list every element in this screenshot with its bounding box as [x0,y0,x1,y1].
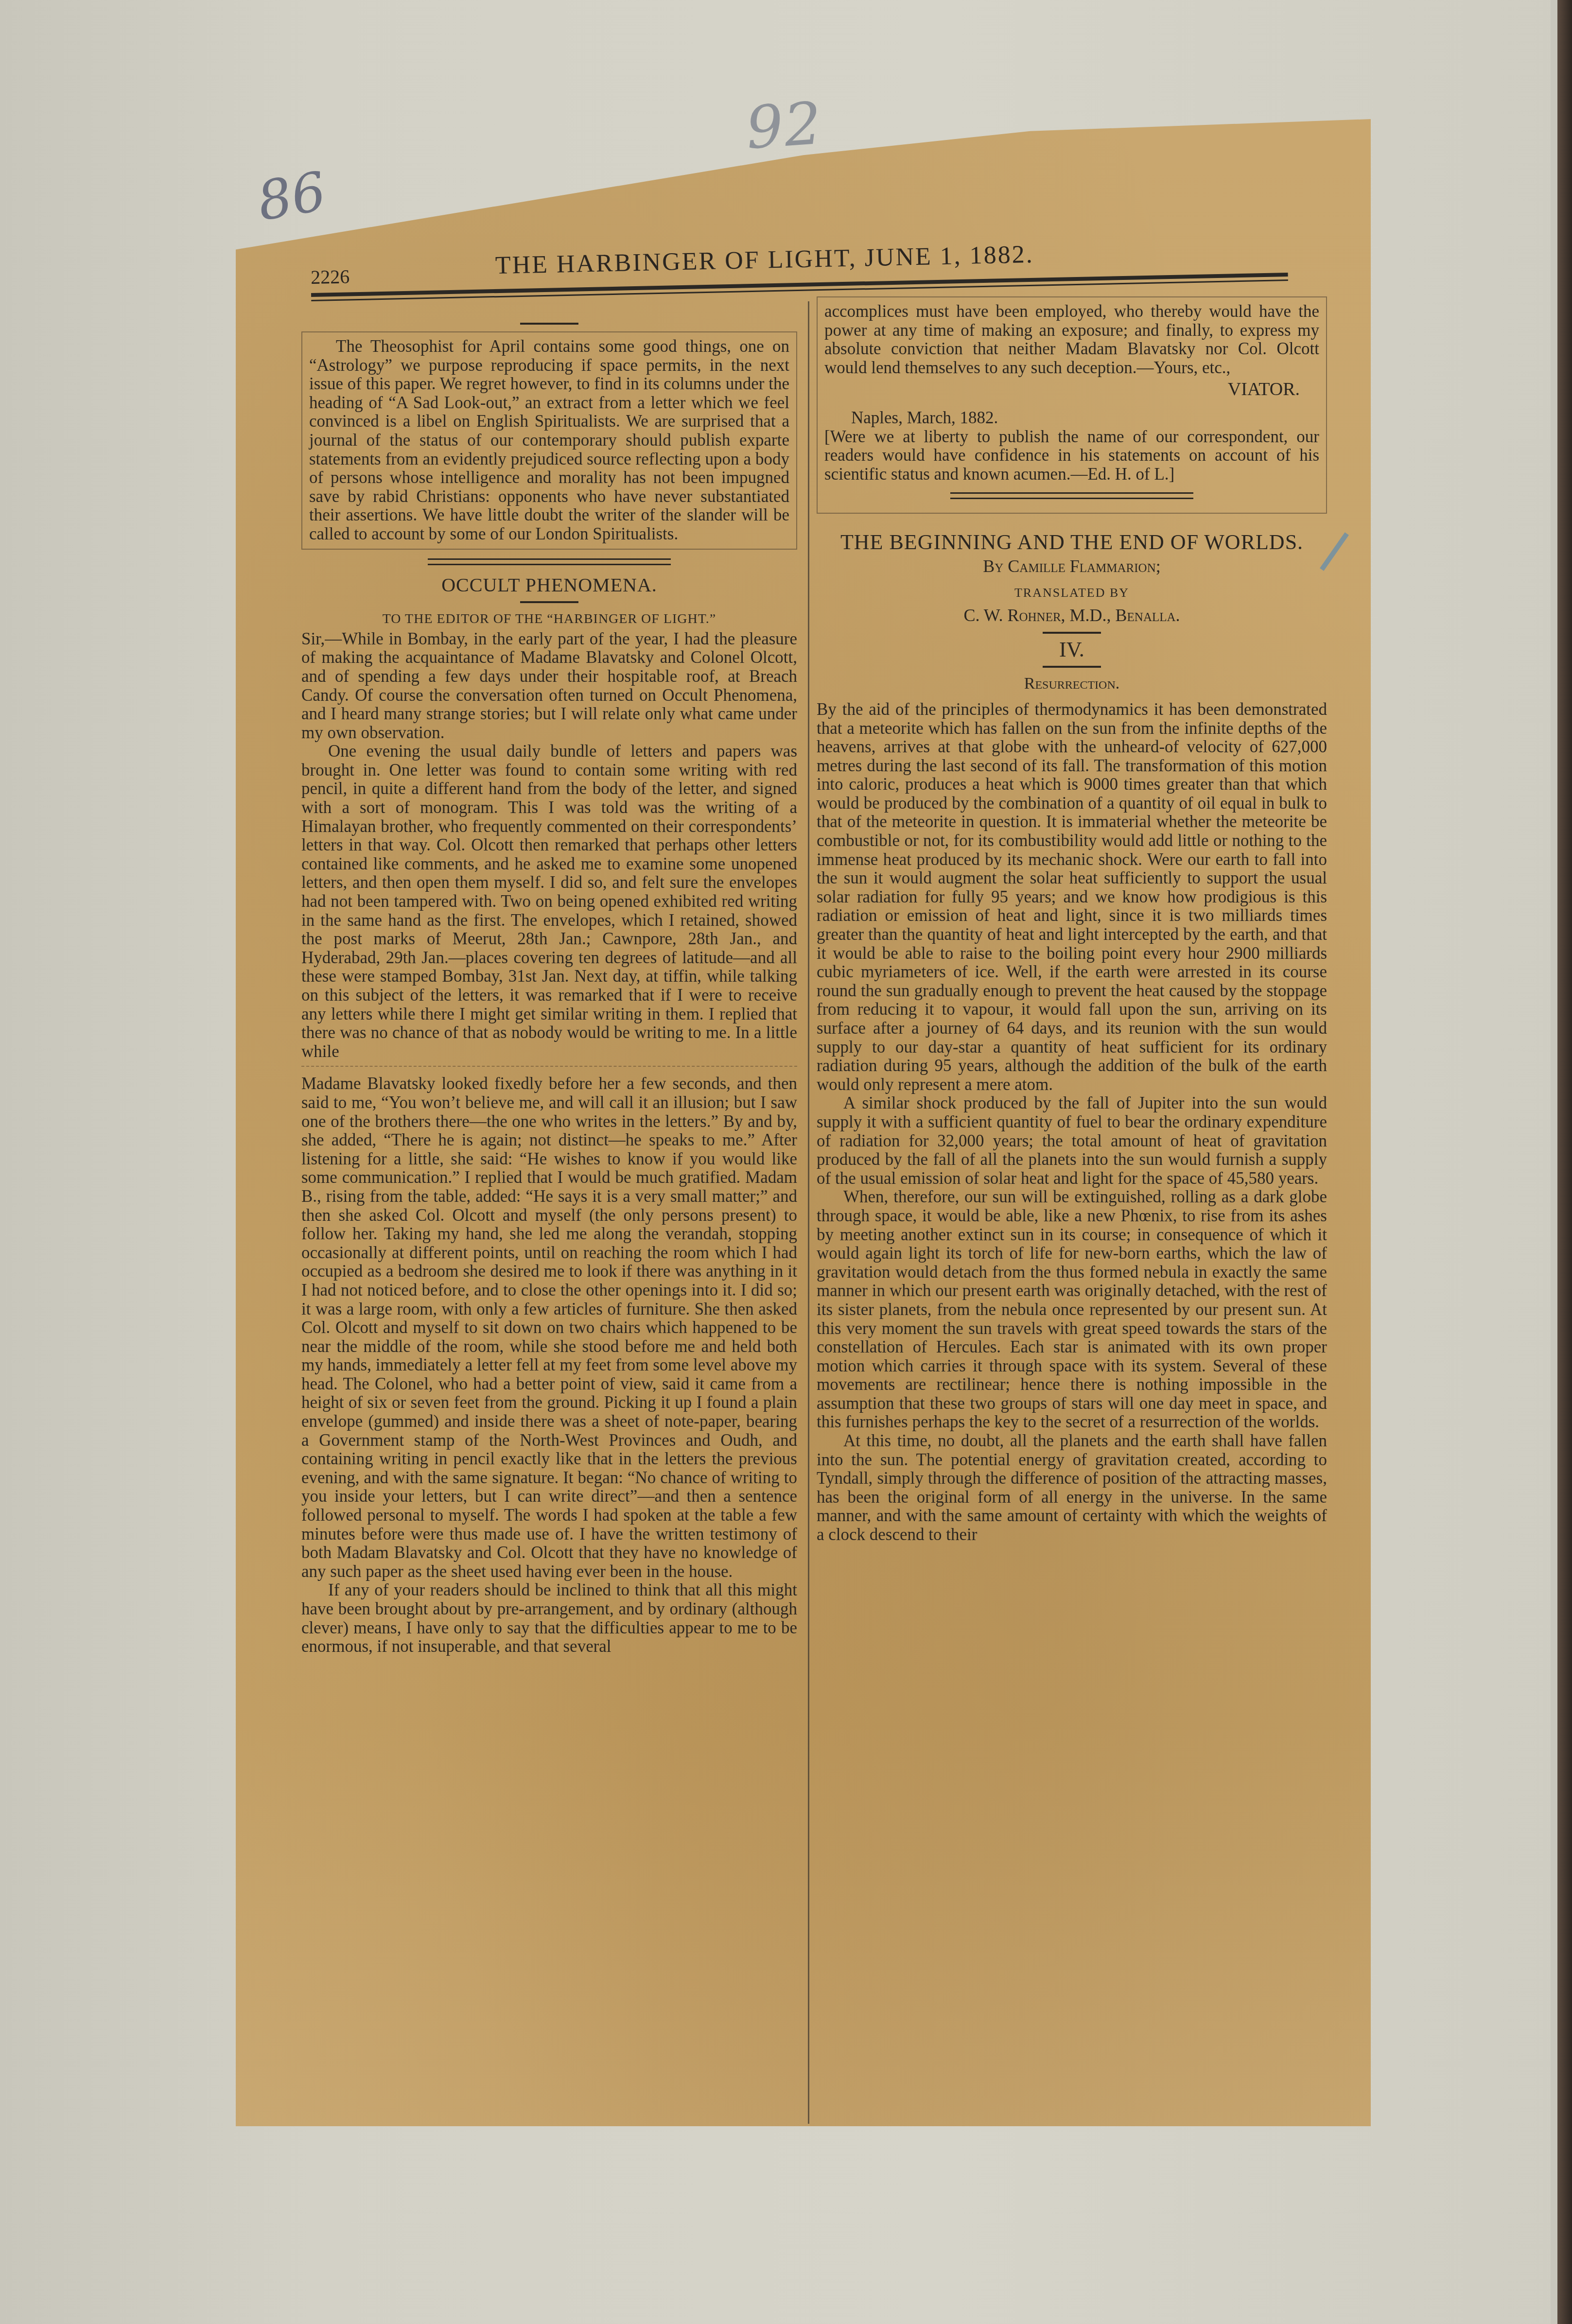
letter-paragraph: Madame Blavatsky looked fixedly before h… [301,1075,797,1581]
section-heading: Resurrection. [817,675,1327,694]
article-paragraph: When, therefore, our sun will be extingu… [817,1188,1327,1432]
editorial-note-box: The Theosophist for April contains some … [301,331,797,550]
double-rule [428,558,671,565]
article-paragraph: At this time, no doubt, all the planets … [817,1432,1327,1544]
article-heading-occult-phenomena: OCCULT PHENOMENA. [301,576,797,595]
letter-paragraph: Sir,—While in Bombay, in the early part … [301,630,797,743]
right-column: accomplices must have been employed, who… [817,296,1327,1544]
album-binding-edge [1557,0,1572,2324]
paste-seam [301,1066,797,1067]
letter-paragraph: If any of your readers should be incline… [301,1581,797,1656]
left-column: The Theosophist for April contains some … [301,316,797,1656]
short-rule [1043,666,1101,668]
ink-page-number: 86 [253,160,331,233]
translator: C. W. Rohner, M.D., Benalla. [817,606,1327,625]
to-editor-line: TO THE EDITOR OF THE “HARBINGER OF LIGHT… [301,610,797,629]
short-rule [1043,632,1101,634]
double-rule [950,492,1193,499]
letter-continuation-box: accomplices must have been employed, who… [817,296,1327,514]
part-number: IV. [817,641,1327,659]
letter-continuation: accomplices must have been employed, who… [824,302,1319,377]
article-title: THE BEGINNING AND THE END OF WORLDS. [817,533,1327,552]
page-number: 2226 [311,265,350,289]
article-paragraph: By the aid of the principles of thermody… [817,700,1327,1094]
letter-signature: VIATOR. [824,380,1319,399]
letter-paragraph: One evening the usual daily bundle of le… [301,742,797,1061]
letter-dateline: Naples, March, 1882. [824,409,1319,428]
short-rule [520,323,578,325]
translated-by-label: TRANSLATED BY [817,584,1327,603]
editorial-note: The Theosophist for April contains some … [309,337,789,544]
article-author: By Camille Flammarion; [817,557,1327,576]
article-paragraph: A similar shock produced by the fall of … [817,1094,1327,1188]
short-rule [520,601,578,603]
editor-note: [Were we at liberty to publish the name … [824,428,1319,484]
album-gutter [1551,0,1557,2324]
column-divider [808,301,809,2124]
pencil-folio-number: 92 [744,90,824,163]
